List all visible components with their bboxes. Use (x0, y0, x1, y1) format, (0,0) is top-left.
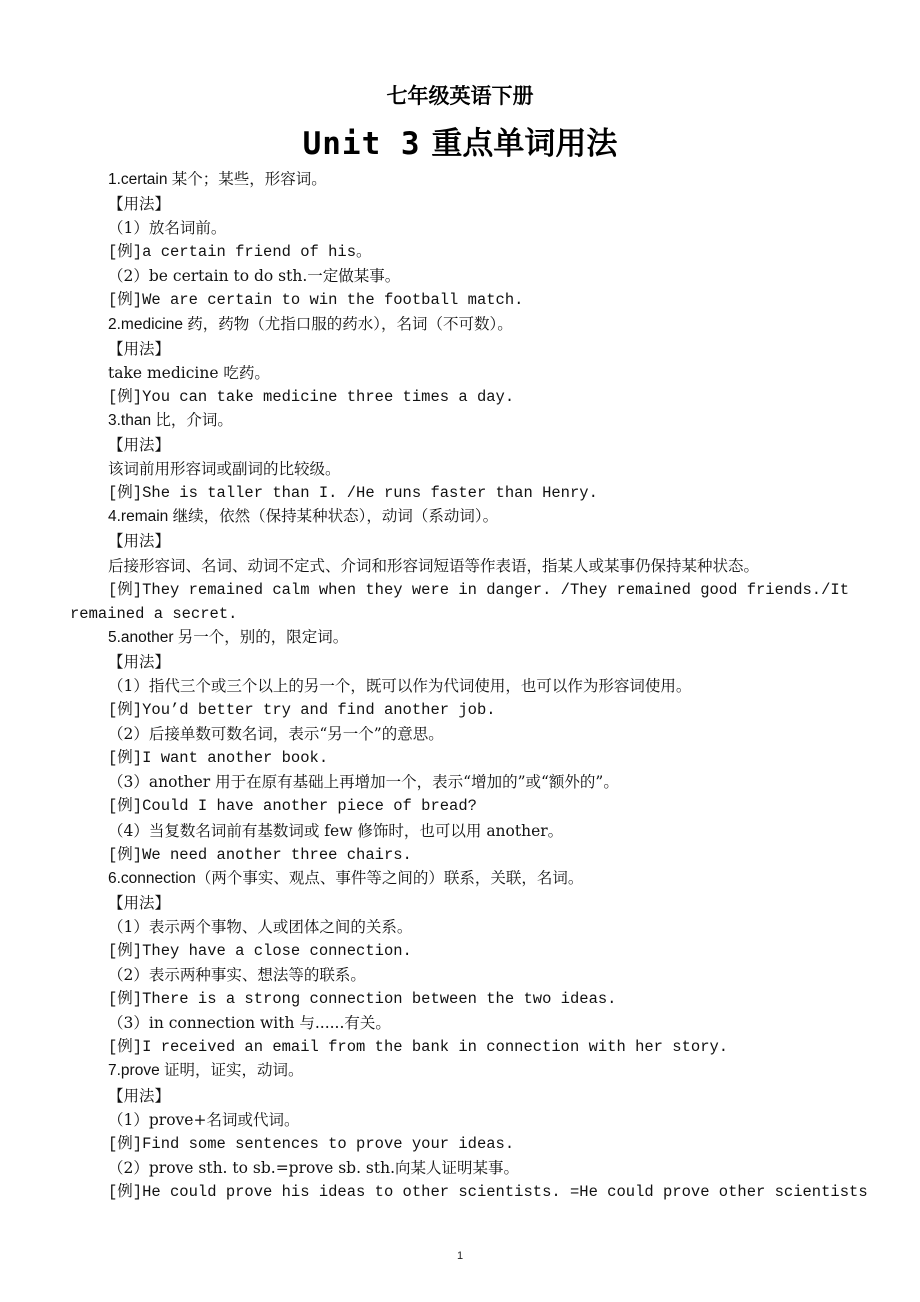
usage-label: 【用法】 (70, 650, 852, 674)
usage-point: （1）放名词前。 (70, 216, 852, 240)
usage-label: 【用法】 (70, 337, 852, 361)
usage-point: （1）指代三个或三个以上的另一个，既可以作为代词使用，也可以作为形容词使用。 (70, 674, 852, 698)
document-subtitle: 七年级英语下册 (0, 82, 920, 110)
usage-point: （3）another 用于在原有基础上再增加一个，表示“增加的”或“额外的”。 (70, 770, 852, 794)
title-topic: 重点单词用法 (431, 126, 617, 162)
example-sentence: [例]He could prove his ideas to other sci… (70, 1180, 852, 1204)
usage-label: 【用法】 (70, 529, 852, 553)
example-sentence: [例]I want another book. (70, 746, 852, 770)
usage-point: （2）后接单数可数名词，表示“另一个”的意思。 (70, 722, 852, 746)
usage-label: 【用法】 (70, 433, 852, 457)
usage-point: （4）当复数名词前有基数词或 few 修饰时，也可以用 another。 (70, 819, 852, 843)
document-body: 1.certain 某个；某些，形容词。 【用法】 （1）放名词前。 [例]a … (70, 168, 852, 1204)
example-sentence: [例]You’d better try and find another job… (70, 698, 852, 722)
example-sentence: [例]Find some sentences to prove your ide… (70, 1132, 852, 1156)
usage-point: （2）表示两种事实、想法等的联系。 (70, 963, 852, 987)
entry-heading-medicine: 2.medicine 药，药物（尤指口服的药水），名词（不可数）。 (70, 313, 852, 337)
example-sentence: [例]She is taller than I. /He runs faster… (70, 481, 852, 505)
entry-heading-prove: 7.prove 证明，证实，动词。 (70, 1059, 852, 1083)
entry-heading-certain: 1.certain 某个；某些，形容词。 (70, 168, 852, 192)
example-sentence: [例]There is a strong connection between … (70, 987, 852, 1011)
usage-point: （1）prove+名词或代词。 (70, 1108, 852, 1132)
usage-point: 该词前用形容词或副词的比较级。 (70, 457, 852, 481)
entry-heading-than: 3.than 比，介词。 (70, 409, 852, 433)
usage-point: （2）be certain to do sth.一定做某事。 (70, 264, 852, 288)
example-sentence: [例]I received an email from the bank in … (70, 1035, 852, 1059)
document-page: 七年级英语下册 Unit 3 重点单词用法 1.certain 某个；某些，形容… (0, 0, 920, 1302)
example-sentence: [例]We are certain to win the football ma… (70, 288, 852, 312)
example-sentence: [例]They have a close connection. (70, 939, 852, 963)
usage-point: （3）in connection with 与......有关。 (70, 1011, 852, 1035)
example-sentence: [例]You can take medicine three times a d… (70, 385, 852, 409)
example-sentence: [例]a certain friend of his。 (70, 240, 852, 264)
usage-point: take medicine 吃药。 (70, 361, 852, 385)
example-sentence: [例]They remained calm when they were in … (70, 578, 852, 626)
example-sentence: [例]Could I have another piece of bread? (70, 794, 852, 818)
example-sentence: [例]We need another three chairs. (70, 843, 852, 867)
document-title: Unit 3 重点单词用法 (0, 122, 920, 166)
page-number: 1 (0, 1250, 920, 1262)
title-unit: Unit 3 (303, 126, 421, 162)
usage-label: 【用法】 (70, 891, 852, 915)
usage-point: （2）prove sth. to sb.=prove sb. sth.向某人证明… (70, 1156, 852, 1180)
usage-label: 【用法】 (70, 1084, 852, 1108)
entry-heading-connection: 6.connection（两个事实、观点、事件等之间的）联系，关联，名词。 (70, 867, 852, 891)
entry-heading-another: 5.another 另一个，别的，限定词。 (70, 626, 852, 650)
usage-label: 【用法】 (70, 192, 852, 216)
usage-point: （1）表示两个事物、人或团体之间的关系。 (70, 915, 852, 939)
usage-point: 后接形容词、名词、动词不定式、介词和形容词短语等作表语，指某人或某事仍保持某种状… (70, 554, 852, 578)
entry-heading-remain: 4.remain 继续，依然（保持某种状态），动词（系动词）。 (70, 505, 852, 529)
